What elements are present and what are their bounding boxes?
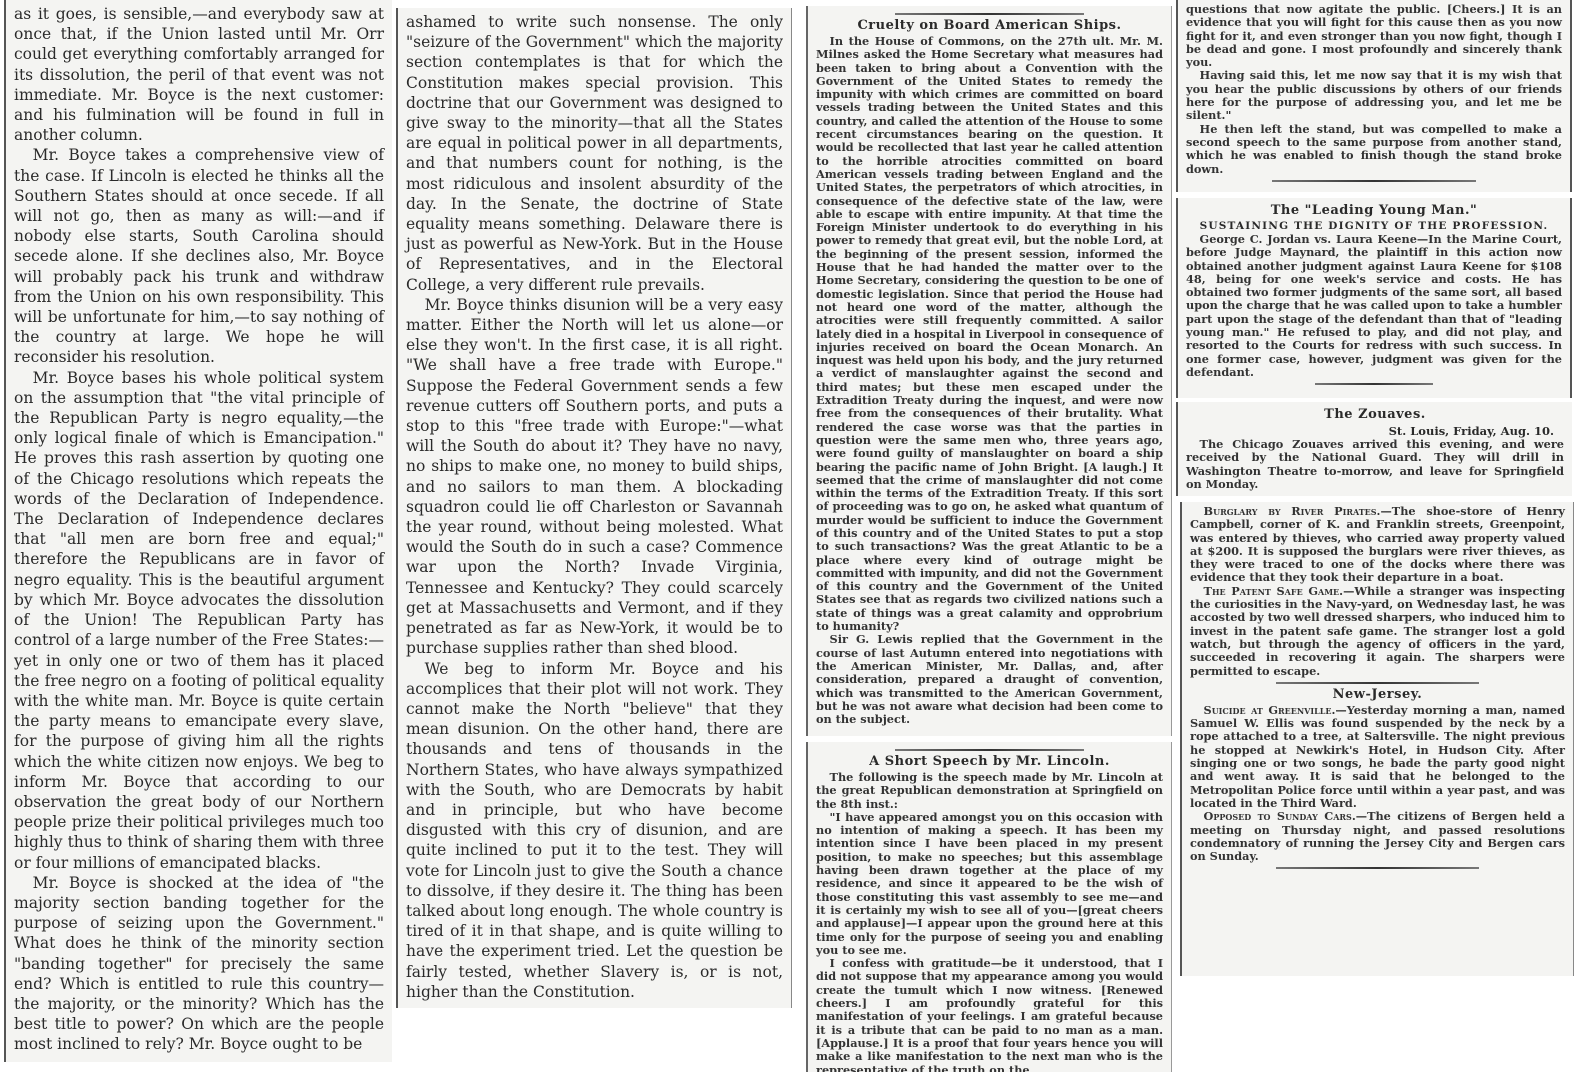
article-leading-young-man: The "Leading Young Man." SUSTAINING THE … (1176, 198, 1572, 398)
paragraph: Mr. Boyce takes a comprehensive view of … (6, 145, 392, 367)
paragraph: George C. Jordan vs. Laura Keene—In the … (1178, 233, 1570, 379)
paragraph: Mr. Boyce bases his whole political syst… (6, 368, 392, 873)
divider-rule (895, 749, 1084, 751)
news-item: Opposed to Sunday Cars.—The citizens of … (1182, 810, 1573, 863)
headline: Cruelty on Board American Ships. (808, 18, 1171, 34)
paragraph: Mr. Boyce is shocked at the idea of "the… (6, 873, 392, 1055)
item-lead: Opposed to Sunday Cars. (1204, 809, 1356, 823)
article-lincoln-speech: A Short Speech by Mr. Lincoln. The follo… (806, 742, 1172, 1072)
item-lead: The Patent Safe Game. (1204, 584, 1344, 598)
article-zouaves: The Zouaves. St. Louis, Friday, Aug. 10.… (1176, 402, 1572, 496)
paragraph: questions that now agitate the public. [… (1178, 3, 1570, 69)
paragraph: The following is the speech made by Mr. … (808, 771, 1171, 811)
news-item: Suicide at Greenville.—Yesterday morning… (1182, 704, 1573, 810)
paragraph: Mr. Boyce thinks disunion will be a very… (398, 295, 791, 659)
divider-rule (1315, 383, 1433, 385)
headline: A Short Speech by Mr. Lincoln. (808, 754, 1171, 770)
paragraph: as it goes, is sensible,—and everybody s… (6, 4, 392, 145)
paragraph: Sir G. Lewis replied that the Government… (808, 633, 1171, 726)
headline: New-Jersey. (1182, 687, 1573, 703)
divider-rule (1276, 682, 1479, 684)
item-lead: Suicide at Greenville. (1204, 703, 1336, 717)
divider-rule (1276, 867, 1479, 869)
editorial-column-2: ashamed to write such nonsense. The only… (396, 8, 792, 1008)
paragraph: ashamed to write such nonsense. The only… (398, 12, 791, 295)
divider-rule (1272, 180, 1476, 182)
paragraph: We beg to inform Mr. Boyce and his accom… (398, 659, 791, 1002)
news-item: The Patent Safe Game.—While a stranger w… (1182, 585, 1573, 678)
paragraph: In the House of Commons, on the 27th ult… (808, 35, 1171, 633)
headline: The Zouaves. (1178, 407, 1572, 423)
item-lead: Burglary by River Pirates. (1204, 504, 1381, 518)
editorial-column-1: as it goes, is sensible,—and everybody s… (4, 0, 392, 1062)
item-text: —Yesterday morning a man, named Samuel W… (1190, 703, 1565, 810)
paragraph: Having said this, let me now say that it… (1178, 69, 1570, 122)
dateline: St. Louis, Friday, Aug. 10. (1178, 424, 1572, 438)
item-text: —While a stranger was inspecting the cur… (1190, 584, 1565, 678)
divider-rule (895, 13, 1084, 15)
article-lincoln-continuation: questions that now agitate the public. [… (1176, 0, 1572, 192)
paragraph: The Chicago Zouaves arrived this evening… (1178, 438, 1572, 491)
paragraph: "I have appeared amongst you on this occ… (808, 811, 1171, 957)
news-item: Burglary by River Pirates.—The shoe-stor… (1182, 505, 1573, 585)
article-local-news: Burglary by River Pirates.—The shoe-stor… (1180, 502, 1574, 976)
paragraph: I confess with gratitude—be it understoo… (808, 957, 1171, 1072)
headline: The "Leading Young Man." (1178, 203, 1570, 219)
paragraph: He then left the stand, but was compelle… (1178, 123, 1570, 176)
article-cruelty: Cruelty on Board American Ships. In the … (806, 6, 1172, 736)
